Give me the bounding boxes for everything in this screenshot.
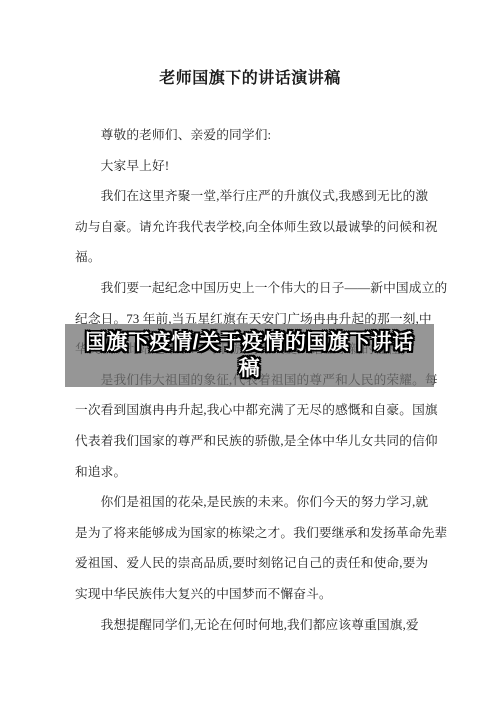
body-line: 实现中华民族伟大复兴的中国梦而不懈奋斗。 bbox=[75, 579, 437, 610]
body-line: 我想提醒同学们,无论在何时何地,我们都应该尊重国旗,爱 bbox=[75, 610, 437, 641]
body-line: 一次看到国旗冉冉升起,我心中都充满了无尽的感慨和自豪。国旗 bbox=[75, 395, 437, 426]
body-line: 代表着我们国家的尊严和民族的骄傲,是全体中华儿女共同的信仰 bbox=[75, 426, 437, 457]
body-line: 你们是祖国的花朵,是民族的未来。你们今天的努力学习,就 bbox=[75, 487, 437, 518]
body-line: 我们在这里齐聚一堂,举行庄严的升旗仪式,我感到无比的激 bbox=[75, 181, 437, 212]
body-line: 爱祖国、爱人民的崇高品质,要时刻铭记自己的责任和使命,要为 bbox=[75, 548, 437, 579]
watermark-text-line1: 国旗下疫情/关于疫情的国旗下讲话 bbox=[85, 330, 414, 356]
body-line: 福。 bbox=[75, 242, 437, 273]
document-title: 老师国旗下的讲话演讲稿 bbox=[0, 66, 500, 92]
body-line: 是为了将来能够成为国家的栋梁之才。我们要继承和发扬革命先辈 bbox=[75, 518, 437, 549]
watermark-overlay: 国旗下疫情/关于疫情的国旗下讲话 稿 bbox=[65, 324, 434, 387]
body-line: 尊敬的老师们、亲爱的同学们: bbox=[75, 120, 437, 151]
body-line: 大家早上好! bbox=[75, 151, 437, 182]
watermark-text-line2: 稿 bbox=[239, 356, 261, 382]
body-line: 和追求。 bbox=[75, 457, 437, 488]
body-line: 我们要一起纪念中国历史上一个伟大的日子——新中国成立的 bbox=[75, 273, 437, 304]
document-page: 老师国旗下的讲话演讲稿 尊敬的老师们、亲爱的同学们: 大家早上好! 我们在这里齐… bbox=[0, 0, 500, 706]
body-line: 动与自豪。请允许我代表学校,向全体师生致以最诚挚的问候和祝 bbox=[75, 212, 437, 243]
